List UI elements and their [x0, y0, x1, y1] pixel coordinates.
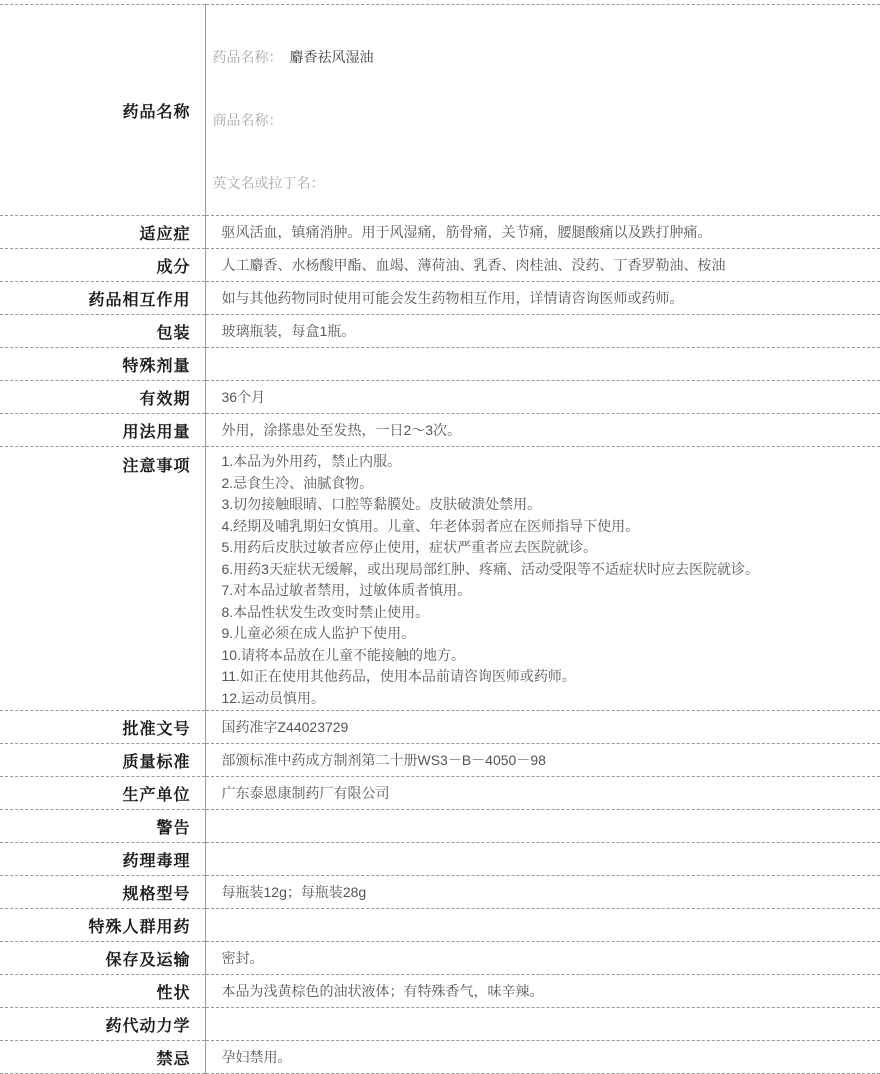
table-row: 药理毒理	[0, 843, 880, 876]
trade-name-line: 商品名称：	[213, 89, 871, 131]
row-label: 保存及运输	[0, 942, 205, 975]
row-content: 广东泰恩康制药厂有限公司	[205, 777, 880, 810]
row-content	[205, 909, 880, 942]
table-row: 规格型号 每瓶装12g；每瓶装28g	[0, 876, 880, 909]
row-content: 36个月	[205, 381, 880, 414]
trade-name-prefix: 商品名称：	[213, 112, 283, 128]
row-content: 玻璃瓶装，每盒1瓶。	[205, 315, 880, 348]
row-label: 药品名称	[0, 5, 205, 216]
table-row: 包装 玻璃瓶装，每盒1瓶。	[0, 315, 880, 348]
row-content	[205, 843, 880, 876]
row-label: 用法用量	[0, 414, 205, 447]
table-row: 成分 人工麝香、水杨酸甲酯、血竭、薄荷油、乳香、肉桂油、没药、丁香罗勒油、桉油	[0, 249, 880, 282]
row-content: 部颁标准中药成方制剂第二十册WS3－B－4050－98	[205, 744, 880, 777]
row-content: 外用，涂搽患处至发热，一日2～3次。	[205, 414, 880, 447]
table-row: 特殊剂量	[0, 348, 880, 381]
row-content: 药品名称：麝香祛风湿油 商品名称： 英文名或拉丁名：	[205, 5, 880, 216]
row-label: 生产单位	[0, 777, 205, 810]
row-label: 警告	[0, 810, 205, 843]
row-label: 禁忌	[0, 1041, 205, 1074]
row-content: 1.本品为外用药，禁止内服。 2.忌食生冷、油腻食物。 3.切勿接触眼睛、口腔等…	[205, 447, 880, 711]
row-label: 药品相互作用	[0, 282, 205, 315]
table-row: 适应症 驱风活血，镇痛消肿。用于风湿痛，筋骨痛，关节痛，腰腿酸痛以及跌打肿痛。	[0, 216, 880, 249]
latin-name-line: 英文名或拉丁名：	[213, 152, 871, 194]
row-label: 特殊剂量	[0, 348, 205, 381]
row-content	[205, 1008, 880, 1041]
row-content: 孕妇禁用。	[205, 1041, 880, 1074]
table-row: 生产单位 广东泰恩康制药厂有限公司	[0, 777, 880, 810]
table-row: 药代动力学	[0, 1008, 880, 1041]
table-row: 警告	[0, 810, 880, 843]
drug-info-table: 药品名称 药品名称：麝香祛风湿油 商品名称： 英文名或拉丁名： 适应症 驱风活血…	[0, 4, 880, 1074]
drug-name-value: 麝香祛风湿油	[290, 49, 374, 65]
latin-name-prefix: 英文名或拉丁名：	[213, 175, 325, 191]
table-row: 注意事项 1.本品为外用药，禁止内服。 2.忌食生冷、油腻食物。 3.切勿接触眼…	[0, 447, 880, 711]
row-label: 药理毒理	[0, 843, 205, 876]
row-label: 性状	[0, 975, 205, 1008]
drug-info-table-body: 药品名称 药品名称：麝香祛风湿油 商品名称： 英文名或拉丁名： 适应症 驱风活血…	[0, 5, 880, 1074]
row-label: 成分	[0, 249, 205, 282]
row-label: 适应症	[0, 216, 205, 249]
row-content	[205, 810, 880, 843]
table-row: 有效期 36个月	[0, 381, 880, 414]
table-row: 保存及运输 密封。	[0, 942, 880, 975]
table-row: 用法用量 外用，涂搽患处至发热，一日2～3次。	[0, 414, 880, 447]
table-row: 质量标准 部颁标准中药成方制剂第二十册WS3－B－4050－98	[0, 744, 880, 777]
table-row: 批准文号 国药准字Z44023729	[0, 711, 880, 744]
row-content: 每瓶装12g；每瓶装28g	[205, 876, 880, 909]
row-label: 特殊人群用药	[0, 909, 205, 942]
row-label: 注意事项	[0, 447, 205, 711]
row-label: 质量标准	[0, 744, 205, 777]
row-content	[205, 348, 880, 381]
row-label: 有效期	[0, 381, 205, 414]
table-row: 药品相互作用 如与其他药物同时使用可能会发生药物相互作用，详情请咨询医师或药师。	[0, 282, 880, 315]
row-label: 包装	[0, 315, 205, 348]
row-content: 人工麝香、水杨酸甲酯、血竭、薄荷油、乳香、肉桂油、没药、丁香罗勒油、桉油	[205, 249, 880, 282]
drug-name-row: 药品名称 药品名称：麝香祛风湿油 商品名称： 英文名或拉丁名：	[0, 5, 880, 216]
row-content: 如与其他药物同时使用可能会发生药物相互作用，详情请咨询医师或药师。	[205, 282, 880, 315]
row-label: 药代动力学	[0, 1008, 205, 1041]
table-row: 禁忌 孕妇禁用。	[0, 1041, 880, 1074]
table-row: 特殊人群用药	[0, 909, 880, 942]
row-label: 规格型号	[0, 876, 205, 909]
drug-detail-page: 药品名称 药品名称：麝香祛风湿油 商品名称： 英文名或拉丁名： 适应症 驱风活血…	[0, 0, 880, 1070]
row-content: 密封。	[205, 942, 880, 975]
drug-name-prefix: 药品名称：	[213, 49, 283, 65]
table-row: 性状 本品为浅黄棕色的油状液体；有特殊香气，味辛辣。	[0, 975, 880, 1008]
row-label: 批准文号	[0, 711, 205, 744]
row-content: 驱风活血，镇痛消肿。用于风湿痛，筋骨痛，关节痛，腰腿酸痛以及跌打肿痛。	[205, 216, 880, 249]
drug-name-line: 药品名称：麝香祛风湿油	[213, 26, 871, 68]
row-content: 国药准字Z44023729	[205, 711, 880, 744]
row-content: 本品为浅黄棕色的油状液体；有特殊香气，味辛辣。	[205, 975, 880, 1008]
